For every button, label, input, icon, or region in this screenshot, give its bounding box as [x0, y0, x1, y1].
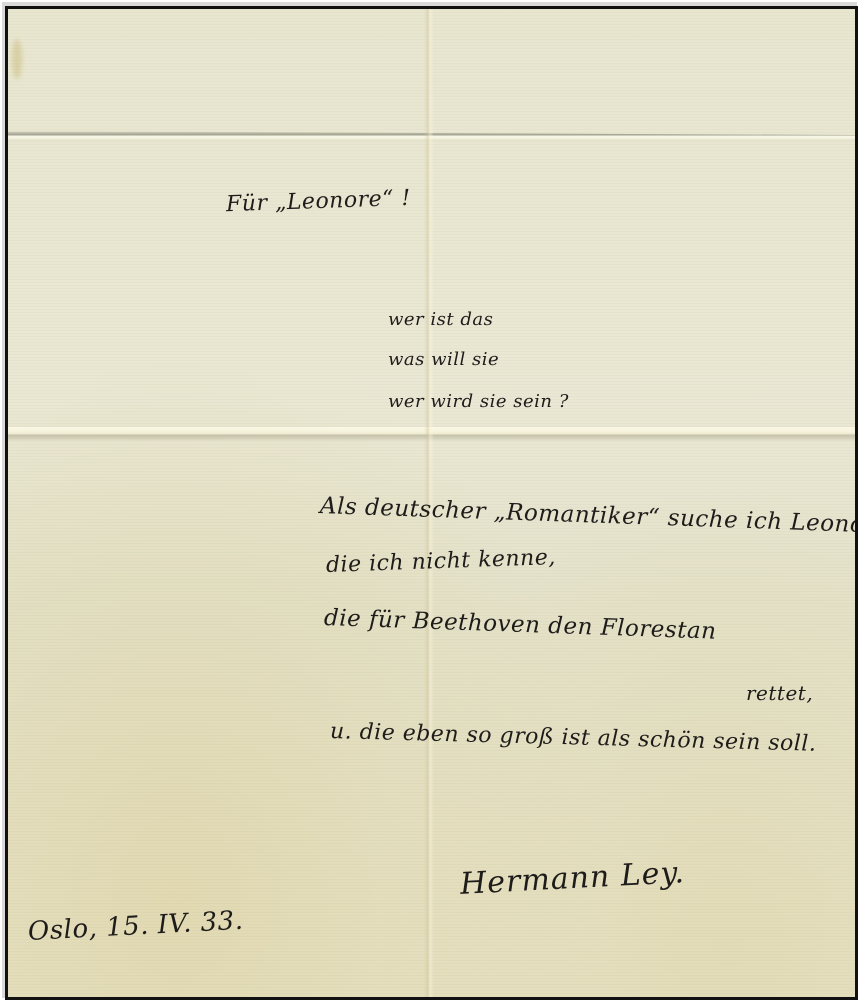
body-line-5: u. die eben so groß ist als schön sein s… [330, 719, 817, 757]
paper-stain [12, 39, 22, 79]
body-line-2: die ich nicht kenne, [326, 545, 557, 578]
question-line-1: wer ist das [388, 309, 493, 330]
body-line-1: Als deutscher „Romantiker“ suche ich Leo… [320, 493, 855, 539]
image-frame: Für „Leonore“ ! wer ist das was will sie… [2, 2, 857, 998]
body-line-4: rettet, [746, 681, 813, 705]
place-date: Oslo, 15. IV. 33. [27, 906, 244, 947]
signature: Hermann Ley. [459, 855, 685, 902]
scan-border: Für „Leonore“ ! wer ist das was will sie… [5, 6, 858, 1000]
letter-heading: Für „Leonore“ ! [226, 186, 412, 217]
letter-paper: Für „Leonore“ ! wer ist das was will sie… [8, 9, 855, 997]
question-line-2: was will sie [388, 349, 499, 370]
question-line-3: wer wird sie sein ? [388, 391, 569, 412]
body-line-3: die für Beethoven den Florestan [324, 605, 717, 645]
